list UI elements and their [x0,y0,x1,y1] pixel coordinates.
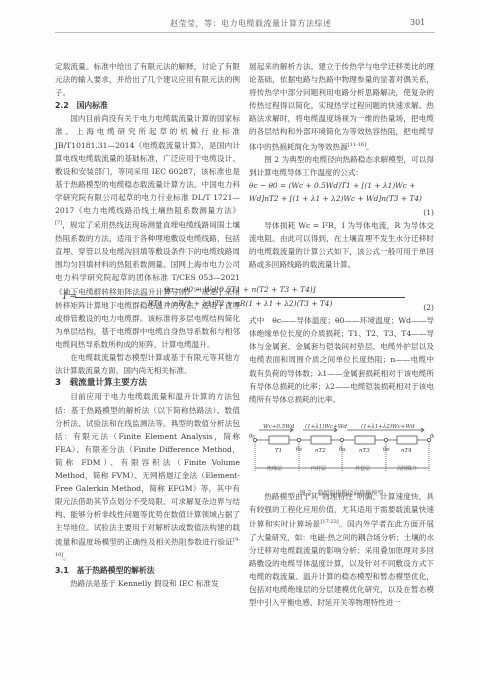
paragraph: 热路法是基于 Kennelly 假设和 IEC 标准发 [55,577,240,590]
paragraph: 热路模型由于其“物理特性”明确、计算速度快，具有较强的工程化应用价值，尤其适用于… [249,490,434,609]
section-heading-3-1: 3.1 基于热路模型的解析法 [55,564,240,577]
layer-label: 周围媒介 [397,465,417,472]
left-column: 定载流量。标准中给出了有限元法的解释，讨论了有限元法的输入要求，并给出了几个建议… [55,60,240,590]
equation-numerator: θc − θ0 − Wd[0.5T1 + n(T2 + T3 + T4)] [75,285,405,294]
citation: [11-16] [348,142,366,148]
paragraph: 在电缆载流量暂态模型计算或基于有限元等其他方法计算载流量方面，国内尚无相关标准。 [55,351,240,377]
fraction-bar [75,297,405,298]
paragraph: 式中 θc——导体温度；θ0——环境温度；Wd——导体绝缘单位长度的介质损耗；T… [249,314,434,406]
paragraph: 目前应用于电力电缆载流量和温升计算的方法包括：基于热路模型的解析法（以下简称热路… [55,390,240,563]
paragraph: 图 2 为典型的电缆径向热路稳态求解模型，可以得到计算电缆导体工作温度的公式： [249,153,434,179]
equation-denominator: RT1 + nR(1 + λ1)T2 + nR(1 + λ1 + λ2)(T3 … [75,299,405,308]
paragraph: 国内目前尚没有关于电力电缆载流量计算的国家标准。上海电缆研究所起草的机械行业标准… [55,112,240,351]
text: 国内目前尚没有关于电力电缆载流量计算的国家标准。上海电缆研究所起草的机械行业标准… [55,114,240,215]
paragraph: 展起来的解析方法，建立于传热学与电学迁移类比的理论基础，依据电路与热路中物理参量… [249,60,434,153]
equation-1-line-1: θc − θ0 = (Wc + 0.5Wd)T1 + [(1 + λ1)Wc + [249,179,434,192]
text: 。 [366,142,374,151]
running-title: 赵莹莹，等：电力电缆载流量计算方法综述 [170,18,332,29]
figure-caption: 图 2 典型的电缆径向热路模型 [249,488,434,497]
circuit-svg: Wc+0.5Wd (1+λ1)Wc+Wd (1+λ1+λ2)Wc+Wd θc θ… [249,420,434,480]
node-label: θe [383,447,390,453]
resistor-label: nT4 [401,448,412,454]
node-label: θc [249,434,255,440]
resistor-label: T1 [275,448,282,454]
node-label: θs [296,447,302,453]
text: 。国内外学者在此方面开展了大量研究，如：电磁-热之间的耦合场分析；土壤的水分迁移… [249,520,434,608]
node-label: θa [339,447,346,453]
resistor-label: nT2 [315,448,326,454]
equation-2: I = θc − θ0 − Wd[0.5T1 + n(T2 + T3 + T4)… [63,285,433,311]
section-heading-2-2: 2.2 国内标准 [55,99,240,112]
heat-flow-label: (1+λ1)Wc+Wd [305,423,347,430]
layer-label: 内衬层 [311,465,326,472]
heat-flow-label: (1+λ1+λ2)Wc+Wd [361,423,415,430]
paragraph: 导体损耗 Wc = I²R，I 为导体电流，R 为导体交流电阻。由此可以得到，在… [249,219,434,271]
equation-1-line-2: Wd]nT2 + [(1 + λ1 + λ2)Wc + Wd]n(T3 + T4… [249,192,434,205]
header-rule [55,32,435,33]
section-heading-3: 3 载流量计算主要方法 [55,377,240,390]
node-label: θ0 [430,434,434,440]
resistor-label: nT3 [359,448,370,454]
layer-label: 外套层 [355,465,370,472]
text: 。 [63,553,71,562]
right-column: 展起来的解析方法，建立于传热学与电学迁移类比的理论基础，依据电路与热路中物理参量… [249,60,434,609]
layer-label: 绝缘层 [267,465,282,472]
thermal-circuit-diagram: Wc+0.5Wd (1+λ1)Wc+Wd (1+λ1+λ2)Wc+Wd θc θ… [249,420,434,480]
text: 目前应用于电力电缆载流量和温升计算的方法包括：基于热路模型的解析法（以下简称热路… [55,392,240,547]
citation: [17-23] [320,519,338,525]
page-number: 301 [410,18,425,27]
text: 展起来的解析方法，建立于传热学与电学迁移类比的理论基础，依据电路与热路中物理参量… [249,62,434,151]
heat-flow-label: Wc+0.5Wd [263,424,295,430]
paragraph: 定载流量。标准中给出了有限元法的解释，讨论了有限元法的输入要求，并给出了几个建议… [55,60,240,99]
equation-number: (1) [249,206,434,219]
